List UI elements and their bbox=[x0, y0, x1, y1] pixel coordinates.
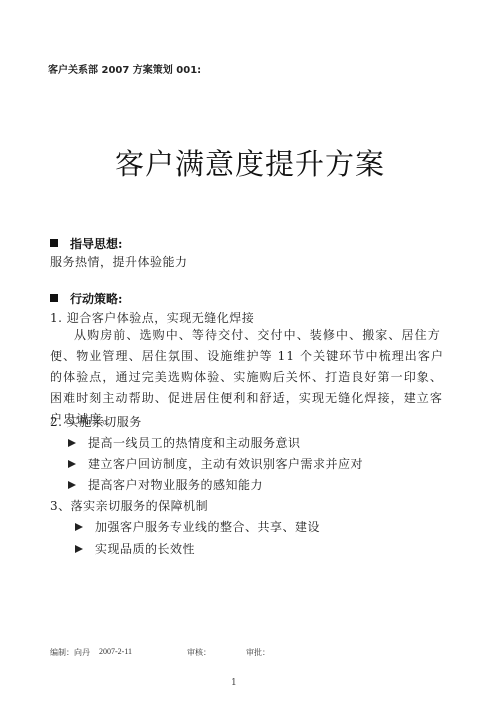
section-heading-text: 指导思想: bbox=[70, 237, 122, 251]
black-square-icon bbox=[50, 239, 58, 247]
footer-date: 2007-2-11 bbox=[99, 647, 132, 656]
document-title: 客户满意度提升方案 bbox=[0, 142, 500, 183]
arrow-bullet-icon bbox=[68, 439, 76, 447]
section-heading-text: 行动策略: bbox=[70, 292, 122, 306]
bullet-item: 建立客户回访制度，主动有效识别客户需求并应对 bbox=[68, 455, 363, 472]
arrow-bullet-icon bbox=[68, 481, 76, 489]
section-heading-action-strategy: 行动策略: bbox=[50, 290, 122, 307]
footer-approve: 审批： bbox=[246, 647, 270, 658]
bullet-text: 实现品质的长效性 bbox=[95, 542, 195, 556]
strategy-item-2-label: 2. 实施亲切服务 bbox=[50, 413, 142, 430]
bullet-item: 提高客户对物业服务的感知能力 bbox=[68, 476, 263, 493]
arrow-bullet-icon bbox=[68, 460, 76, 468]
arrow-bullet-icon bbox=[75, 523, 83, 531]
bullet-text: 提高客户对物业服务的感知能力 bbox=[88, 478, 263, 492]
strategy-item-3-label: 3、落实亲切服务的保障机制 bbox=[50, 497, 208, 514]
arrow-bullet-icon bbox=[75, 545, 83, 553]
strategy-item-1-label: 1. 迎合客户体验点，实现无缝化焊接 bbox=[50, 309, 254, 326]
bullet-text: 提高一线员工的热情度和主动服务意识 bbox=[88, 436, 301, 450]
bullet-item: 提高一线员工的热情度和主动服务意识 bbox=[68, 434, 301, 451]
bullet-item: 加强客户服务专业线的整合、共享、建设 bbox=[75, 518, 320, 535]
section-body-text: 服务热情，提升体验能力 bbox=[50, 253, 188, 270]
black-square-icon bbox=[50, 294, 58, 302]
page-number: 1 bbox=[231, 678, 237, 688]
bullet-text: 建立客户回访制度，主动有效识别客户需求并应对 bbox=[88, 457, 363, 471]
bullet-text: 加强客户服务专业线的整合、共享、建设 bbox=[95, 520, 320, 534]
footer-compiled-by: 编制：向丹 bbox=[50, 647, 90, 658]
footer-review: 审核： bbox=[187, 647, 211, 658]
bullet-item: 实现品质的长效性 bbox=[75, 540, 195, 557]
document-header: 客户关系部 2007 方案策划 001: bbox=[48, 61, 201, 76]
section-heading-guiding-idea: 指导思想: bbox=[50, 235, 122, 252]
